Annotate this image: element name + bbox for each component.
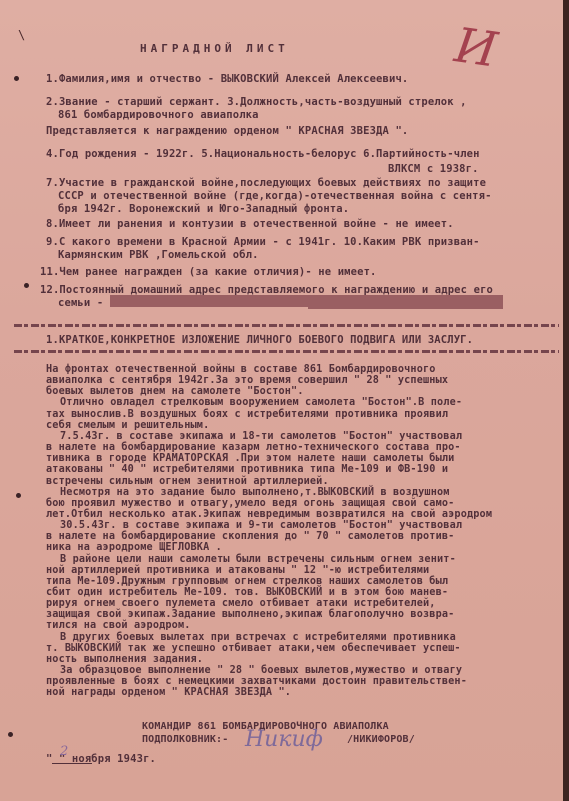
field-line: 9.С какого времени в Красной Армии - с 1… xyxy=(46,236,480,249)
field-line: 4.Год рождения - 1922г. 5.Национальность… xyxy=(46,148,480,161)
narrative-line: себя смелым и решительным. xyxy=(46,420,209,431)
narrative-line: рируя огнем своего пулемета смело отбива… xyxy=(46,598,436,609)
date-underline xyxy=(52,763,92,764)
narrative-line: ность выполнения задания. xyxy=(46,654,203,665)
narrative-line: В районе цели наши самолеты были встрече… xyxy=(60,554,456,565)
field-line: 2.Звание - старший сержант. 3.Должность,… xyxy=(46,96,467,109)
narrative-line: бою проявил мужество и отвагу,умело ведя… xyxy=(46,498,454,509)
narrative-line: встречены сильным огнем зенитной артилле… xyxy=(46,476,329,487)
handwritten-signature: Никиф xyxy=(245,727,323,752)
narrative-line: Отлично овладел стрелковым вооружением с… xyxy=(60,397,462,408)
document-title: НАГРАДНОЙ ЛИСТ xyxy=(140,42,289,55)
punch-mark: \ xyxy=(18,28,25,42)
field-line: 11.Чем ранее награжден (за какие отличия… xyxy=(40,266,377,279)
narrative-line: Несмотря на это задание было выполнено,т… xyxy=(60,487,450,498)
field-line: 8.Имеет ли ранения и контузии в отечеств… xyxy=(46,218,454,231)
narrative-line: т. ВЫКОВСКИЙ так же успешно отбивает ата… xyxy=(46,643,461,654)
field-line: 7.Участие в гражданской войне,последующи… xyxy=(46,177,486,190)
field-line: Представляется к награждению орденом " К… xyxy=(46,125,408,138)
narrative-line: в налете на бомбардирование скопления до… xyxy=(46,531,454,542)
hole-punch-dot xyxy=(16,493,21,498)
narrative-line: В других боевых вылетах при встречах с и… xyxy=(60,632,456,643)
scan-border xyxy=(563,0,569,801)
narrative-line: 30.5.43г. в составе экипажа и 9-ти самол… xyxy=(60,520,462,531)
hole-punch-dot xyxy=(24,283,29,288)
narrative-line: типа Ме-109.Дружным групповым огнем стре… xyxy=(46,576,448,587)
section-divider xyxy=(14,350,559,353)
narrative-line: в налете на бомбардирование казарм летно… xyxy=(46,442,461,453)
narrative-line: лет.Отбил несколько атак.Экипаж невредим… xyxy=(46,509,492,520)
field-line: ВЛКСМ с 1938г. xyxy=(388,163,479,176)
commander-rank: ПОДПОЛКОВНИК:- xyxy=(142,733,228,746)
narrative-line: На фронтах отечественной войны в составе… xyxy=(46,364,436,375)
narrative-line: защищая свой экипаж.Задание выполнено,эк… xyxy=(46,609,454,620)
section-divider xyxy=(14,324,559,327)
narrative-line: ной артиллерией противника и атакованы "… xyxy=(46,565,429,576)
narrative-line: тился на свой аэродром. xyxy=(46,620,191,631)
narrative-line: тивника в городе КРАМАТОРСКАЯ .При этом … xyxy=(46,453,454,464)
field-line: 861 бомбардировочного авиаполка xyxy=(58,109,259,122)
field-line: 1.Фамилия,имя и отчество - ВЫКОВСКИЙ Але… xyxy=(46,73,408,86)
section-heading: 1.КРАТКОЕ,КОНКРЕТНОЕ ИЗЛОЖЕНИЕ ЛИЧНОГО Б… xyxy=(46,334,473,347)
narrative-line: За образцовое выполнение " 28 " боевых в… xyxy=(60,665,462,676)
field-line: бря 1942г. Воронежский и Юго-Западный фр… xyxy=(58,203,349,216)
narrative-line: боевых вылетов днем на самолете "Бостон"… xyxy=(46,386,304,397)
award-sheet-document: \ НАГРАДНОЙ ЛИСТ И 1.Фамилия,имя и отчес… xyxy=(0,0,569,801)
field-line: СССР и отечественной войне (где,когда)-о… xyxy=(58,190,492,203)
field-line: семьи - xyxy=(58,297,103,310)
narrative-line: ной награды орденом " КРАСНАЯ ЗВЕЗДА ". xyxy=(46,687,291,698)
narrative-line: ника на аэродроме ЩЕГЛОВКА . xyxy=(46,542,222,553)
handwritten-day: 2 xyxy=(60,744,68,759)
hole-punch-dot xyxy=(14,76,19,81)
narrative-line: сбит один истребитель Ме-109. тов. ВЫКОВ… xyxy=(46,587,448,598)
narrative-line: атакованы " 40 " истребителями противник… xyxy=(46,464,448,475)
narrative-line: проявленные в боях с немецкими захватчик… xyxy=(46,676,467,687)
hole-punch-dot xyxy=(8,732,13,737)
narrative-line: тах вынослив.В воздушных боях с истребит… xyxy=(46,409,448,420)
narrative-line: 7.5.43г. в составе экипажа и 18-ти самол… xyxy=(60,431,462,442)
redacted-address xyxy=(308,299,503,309)
narrative-line: авиаполка с сентября 1942г.За это время … xyxy=(46,375,448,386)
handwritten-mark: И xyxy=(451,17,500,78)
field-line: Кармянским РВК ,Гомельской обл. xyxy=(58,249,259,262)
commander-name: /НИКИФОРОВ/ xyxy=(347,733,415,746)
